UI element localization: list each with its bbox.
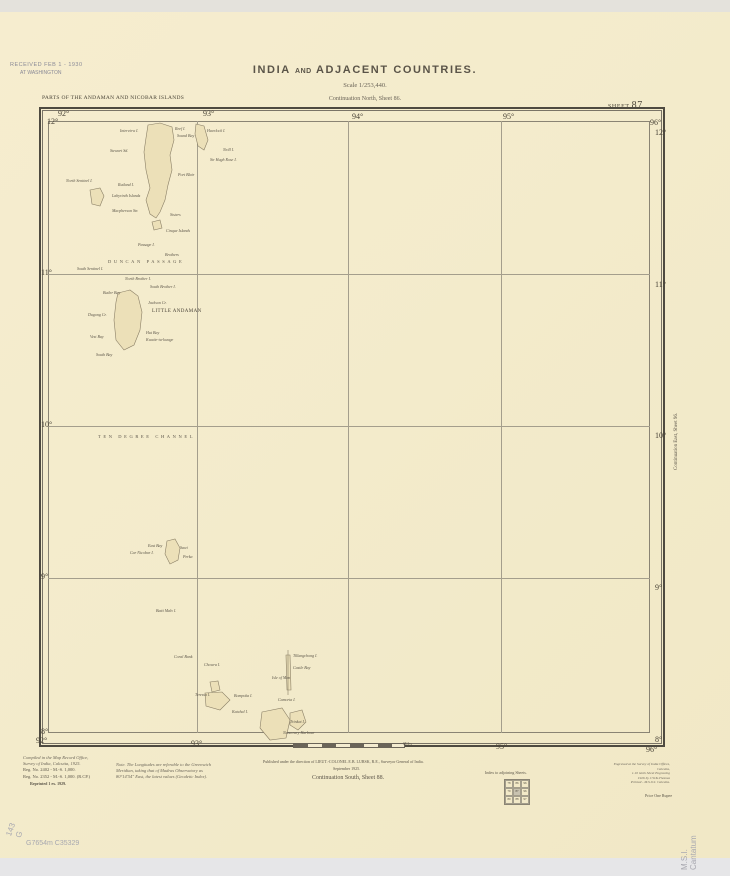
label-tillangchong: Tillangchong I. (293, 653, 317, 658)
index-cell: 96 (521, 788, 529, 796)
label-bompoka: Bompoka I. (234, 693, 252, 698)
index-cell: 79 (505, 788, 513, 796)
printed-line-1: Engraved at the Survey of India Offices,… (600, 762, 670, 771)
pencil-note-right: M.S.I. Cantatum (680, 820, 698, 870)
label-castle-bay: Castle Bay (293, 665, 310, 670)
printed-note: Engraved at the Survey of India Offices,… (600, 762, 670, 785)
label-passage: Passage I. (138, 242, 155, 247)
label-dugong-creek: Dugong Cr. (88, 312, 107, 317)
label-north-brother: North Brother I. (125, 276, 151, 281)
index-cell: 86 (513, 780, 521, 788)
publish-date: September 1925. (333, 766, 360, 771)
published-note: Published under the direction of LIEUT.-… (263, 759, 424, 764)
reprinted-note: Reprinted 1 ex. 1929. (30, 781, 66, 786)
nancowry-group (260, 708, 290, 740)
longitude-note: Note. The Longitudes are referable to th… (116, 762, 211, 780)
label-car-nicobar: Car Nicobar I. (130, 550, 154, 555)
label-north-sentinel: North Sentinel I. (66, 178, 93, 183)
label-macpherson: Macpherson Str. (112, 208, 138, 213)
label-stewart-sound: Stewart Sd. (110, 148, 128, 153)
label-port-blair: Port Blair (178, 172, 194, 177)
label-reef: Reef I. (175, 126, 185, 131)
label-hut-bay: Hut Bay (146, 330, 159, 335)
label-interview: Interview I. (120, 128, 138, 133)
label-ten-degree-channel: TEN DEGREE CHANNEL (98, 434, 195, 439)
scale-bar-unit: Miles (403, 741, 412, 746)
index-title: Index to adjoining Sheets. (485, 770, 527, 775)
south-andaman-island (144, 123, 174, 218)
cinque-islands (152, 220, 162, 230)
label-katchal: Katchal I. (232, 709, 248, 714)
label-labyrinth: Labyrinth Islands (112, 193, 140, 198)
label-trinkat: Trinkat I. (290, 719, 305, 724)
label-neill: Neill I. (223, 147, 234, 152)
label-perka: Perka (183, 554, 193, 559)
label-sisters: Sisters (170, 212, 181, 217)
label-sawi: Sawi (180, 545, 188, 550)
label-cinque: Cinque Islands (166, 228, 190, 233)
continuation-east: Continuation East, Sheet 96. (674, 413, 679, 470)
price-note: Price One Rupee (645, 793, 672, 798)
label-south-brother: South Brother I. (150, 284, 176, 289)
index-cell: 80 (505, 796, 513, 804)
label-rutland: Rutland I. (118, 182, 134, 187)
index-cell: 78 (505, 780, 513, 788)
tillangchong-island (286, 655, 291, 690)
reg-number-2: Reg. No. 2352 - M.-S. 1,000. (R.CP.) (23, 774, 90, 779)
index-cell: 97 (521, 796, 529, 804)
label-sir-hugh-rose: Sir Hugh Rose I. (210, 157, 237, 162)
label-havelock: Havelock I. (207, 128, 225, 133)
label-teressa: Teressa I. (195, 692, 210, 697)
index-cell-current: 87 (513, 788, 521, 796)
label-vest-bay: Vest Bay (90, 334, 104, 339)
label-batti-malv: Batti Malv I. (156, 608, 176, 613)
note-line-3: 80°14'54" East, the latest values (Geode… (116, 774, 211, 780)
index-cell: 88 (513, 796, 521, 804)
pencil-catalog-number: G7654m C35329 (26, 840, 79, 847)
label-south-bay: South Bay (96, 352, 112, 357)
printed-line-4: Printed - M.S.O.I. Calcutta. (600, 780, 670, 785)
label-butler-bay: Butler Bay (103, 290, 120, 295)
label-isle-of-man: Isle of Man (272, 675, 290, 680)
label-sound-bay: Sound Bay (177, 133, 194, 138)
label-brothers-top: Brothers (165, 252, 179, 257)
index-grid: 78 86 96 79 87 96 80 88 97 (504, 779, 530, 805)
label-chowra: Chowra I. (204, 662, 220, 667)
label-little-andaman: LITTLE ANDAMAN (152, 309, 202, 314)
label-kwaite: Kwaite-tu-kwage (146, 337, 173, 342)
label-camorta: Camorta I. (278, 697, 296, 702)
label-coral-bank: Coral Bank (174, 654, 193, 659)
chowra-island (210, 681, 220, 692)
compiled-note: Compiled in the Map Record Office, Surve… (23, 755, 88, 767)
label-duncan-passage: DUNCAN PASSAGE (108, 259, 184, 264)
little-andaman-island (114, 290, 142, 350)
north-sentinel-island (90, 188, 104, 206)
label-jackson-creek: Jackson Cr. (148, 300, 167, 305)
scale-bar (293, 743, 405, 748)
continuation-south: Continuation South, Sheet 88. (312, 775, 384, 781)
index-cell: 96 (521, 780, 529, 788)
label-nancowry-harbour: Nancowry Harbour (283, 730, 314, 735)
reg-number-1: Reg. No. 2402 - M.-S. 1,000. (23, 767, 76, 772)
label-east-bay: East Bay (148, 543, 162, 548)
label-south-sentinel: South Sentinel I. (77, 266, 103, 271)
car-nicobar-island (165, 539, 180, 564)
